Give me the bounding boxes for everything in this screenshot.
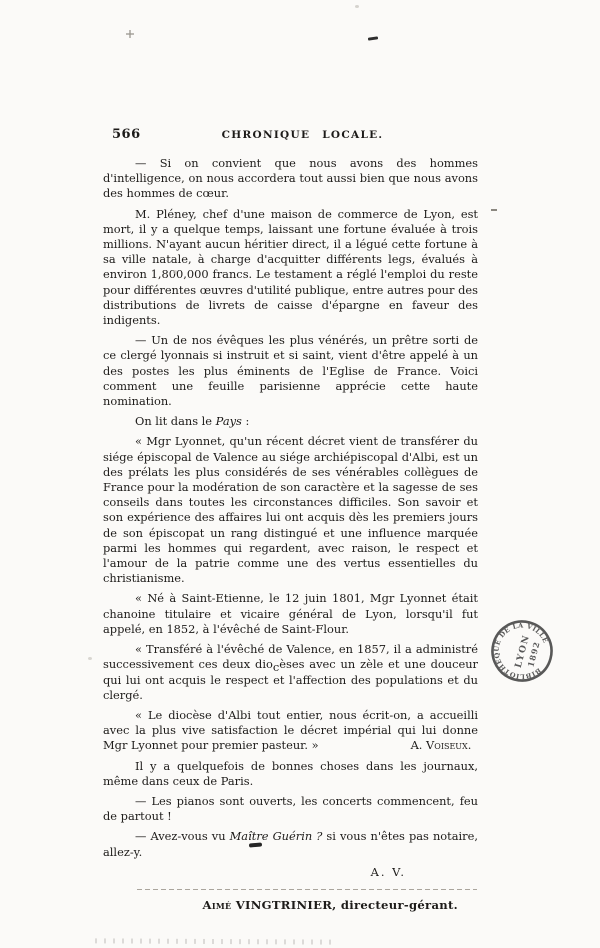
onlit-journal-name: Pays bbox=[216, 414, 242, 428]
scan-artifact bbox=[368, 36, 378, 40]
footer-imprint: Aimé VINGTRINIER, directeur-gérant. bbox=[103, 898, 478, 912]
onlit-text: On lit dans le bbox=[135, 414, 216, 428]
text-column: 566 CHRONIQUE LOCALE. — Si on convient q… bbox=[103, 127, 478, 912]
guerin-text-start: — Avez-vous vu bbox=[135, 829, 230, 843]
running-title: CHRONIQUE LOCALE. bbox=[115, 129, 490, 141]
scanned-page: 566 CHRONIQUE LOCALE. — Si on convient q… bbox=[0, 0, 600, 948]
footer-surname: VINGTRINIER bbox=[231, 898, 332, 912]
voiseux-signature: A. Voiseux. bbox=[411, 738, 472, 752]
av-signature: A. V. bbox=[103, 865, 478, 879]
library-stamp: BIBLIOTHEQUE DE LA VILLE LYON 1892 bbox=[487, 616, 557, 686]
paragraph-pianos: — Les pianos sont ouverts, les concerts … bbox=[103, 794, 478, 824]
guerin-play-title: Maître Guérin ? bbox=[230, 829, 323, 843]
paragraph-eveques: — Un de nos évêques les plus vénérés, un… bbox=[103, 333, 478, 409]
paragraph-albi: « Le diocèse d'Albi tout entier, nous éc… bbox=[103, 708, 478, 754]
page-header: 566 CHRONIQUE LOCALE. bbox=[103, 127, 478, 141]
paragraph-guerin: — Avez-vous vu Maître Guérin ? si vous n… bbox=[103, 829, 478, 859]
scan-artifact bbox=[88, 657, 92, 660]
scan-artifact bbox=[173, 270, 177, 274]
footer-firstname: Aimé bbox=[203, 898, 232, 912]
paragraph-transfere: « Transféré à l'évêché de Valence, en 18… bbox=[103, 642, 478, 703]
paragraph-lyonnet: « Mgr Lyonnet, qu'un récent décret vient… bbox=[103, 434, 478, 586]
paragraph-intelligence: — Si on convient que nous avons des homm… bbox=[103, 156, 478, 202]
paragraph-onlit: On lit dans le Pays : bbox=[103, 414, 478, 429]
footer-role: , directeur-gérant. bbox=[332, 898, 458, 912]
onlit-colon: : bbox=[242, 414, 249, 428]
scan-artifact bbox=[95, 938, 335, 944]
footer-divider bbox=[137, 889, 477, 890]
scan-artifact bbox=[491, 209, 497, 211]
scan-artifact bbox=[355, 5, 359, 8]
paragraph-pleney: M. Pléney, chef d'une maison de commerce… bbox=[103, 207, 478, 329]
scan-artifact bbox=[126, 33, 134, 35]
paragraph-ne-saint-etienne: « Né à Saint-Etienne, le 12 juin 1801, M… bbox=[103, 591, 478, 637]
paragraph-journaux: Il y a quelquefois de bonnes choses dans… bbox=[103, 759, 478, 789]
transfere-dropped-letter: c bbox=[273, 660, 279, 674]
